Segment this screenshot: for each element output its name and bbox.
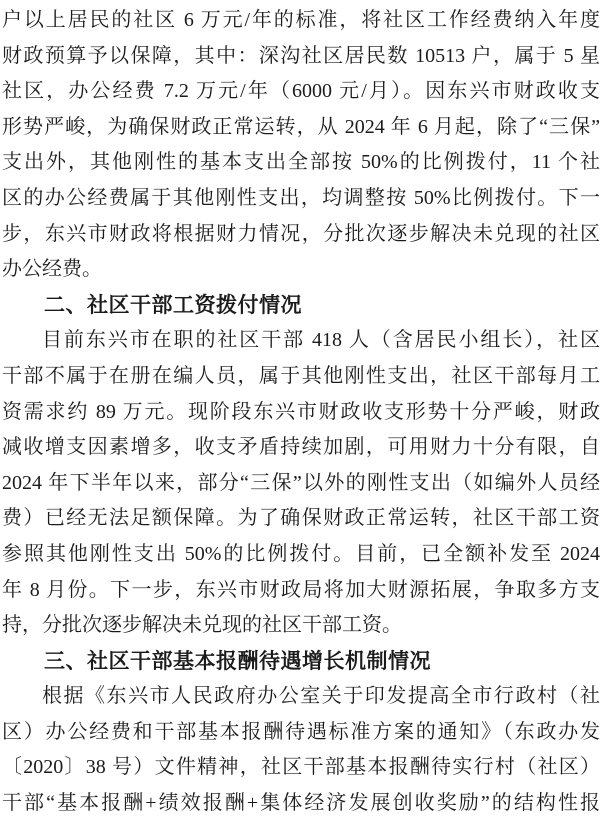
document-page: 户以上居民的社区 6 万元/年的标准，将社区工作经费纳入年度 财政预算予以保障，…: [0, 0, 602, 822]
text-line: 费）已经无法足额保障。为了确保财政正常运转，社区干部工资: [2, 501, 600, 537]
text-line: 区）办公经费和干部基本报酬待遇标准方案的通知》（东政办发: [2, 715, 600, 751]
paragraph-end-line: 持，分批次逐步解决未兑现的社区干部工资。: [2, 608, 600, 644]
text-line: 参照其他刚性支出 50%的比例拨付。目前，已全额补发至 2024: [2, 537, 600, 573]
text-line: 年 8 月份。下一步，东兴市财政局将加大财源拓展，争取多方支: [2, 573, 600, 609]
paragraph-first-line: 根据《东兴市人民政府办公室关于印发提高全市行政村（社: [2, 679, 600, 715]
section-heading-2: 二、社区干部工资拨付情况: [2, 288, 600, 324]
text-line: 步，东兴市财政将根据财力情况，分批次逐步解决未兑现的社区: [2, 217, 600, 253]
section-heading-3: 三、社区干部基本报酬待遇增长机制情况: [2, 644, 600, 680]
text-line: 形势严峻，为确保财政正常运转，从 2024 年 6 月起，除了“三保”: [2, 110, 600, 146]
text-line: 户以上居民的社区 6 万元/年的标准，将社区工作经费纳入年度: [2, 3, 600, 39]
text-line: 财政预算予以保障，其中：深沟社区居民数 10513 户，属于 5 星: [2, 39, 600, 75]
text-line: 〔2020〕38 号）文件精神，社区干部基本报酬待实行村（社区）: [2, 750, 600, 786]
text-line: 2024 年下半年以来，部分“三保”以外的刚性支出（如编外人员经: [2, 466, 600, 502]
text-line: 社区，办公经费 7.2 万元/年（6000 元/月）。因东兴市财政收支: [2, 74, 600, 110]
text-line: 干部“基本报酬+绩效报酬+集体经济发展创收奖励”的结构性报: [2, 786, 600, 822]
text-line: 区的办公经费属于其他刚性支出，均调整按 50%比例拨付。下一: [2, 181, 600, 217]
text-line: 支出外，其他刚性的基本支出全部按 50%的比例拨付，11 个社: [2, 145, 600, 181]
text-line: 干部不属于在册在编人员，属于其他刚性支出，社区干部每月工: [2, 359, 600, 395]
paragraph-first-line: 目前东兴市在职的社区干部 418 人（含居民小组长），社区: [2, 323, 600, 359]
text-line: 资需求约 89 万元。现阶段东兴市财政收支形势十分严峻，财政: [2, 395, 600, 431]
paragraph-end-line: 办公经费。: [2, 252, 600, 288]
text-line: 减收增支因素增多，收支矛盾持续加剧，可用财力十分有限，自: [2, 430, 600, 466]
